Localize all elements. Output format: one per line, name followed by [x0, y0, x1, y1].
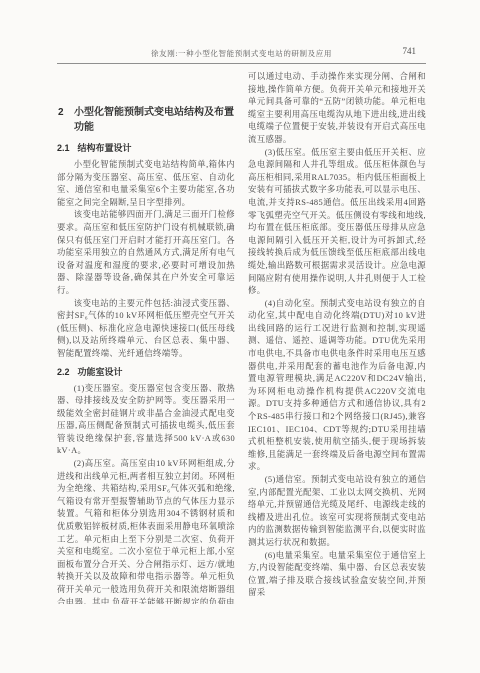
running-title: 徐友刚:一种小型化智能预制式变电站的研制及应用 — [57, 48, 426, 59]
subsection-title: 结构布置设计 — [78, 143, 132, 153]
header-rule — [57, 63, 426, 64]
body-paragraph: 小型化智能预制式变电站结构简单,箱体内部分隔为变压器室、高压室、低压室、自动化室… — [57, 159, 235, 209]
left-column: 2 小型化智能预制式变电站结构及布置功能 2.1结构布置设计 小型化智能预制式变… — [57, 71, 235, 604]
paper-page: 徐友刚:一种小型化智能预制式变电站的研制及应用 741 2 小型化智能预制式变电… — [0, 0, 480, 673]
body-paragraph: (2)高压室。高压室由10 kV环网柜组成,分进线和出线单元柜,两者相互独立封闭… — [57, 458, 235, 604]
page-number: 741 — [403, 46, 417, 56]
body-paragraph: (5)通信室。预制式变电站设有独立的通信室,内部配置光配架、工业以太网交换机、光… — [248, 474, 426, 550]
subsection-title: 功能室设计 — [78, 367, 123, 377]
text-columns: 2 小型化智能预制式变电站结构及布置功能 2.1结构布置设计 小型化智能预制式变… — [57, 71, 426, 604]
body-paragraph-continued: 可以通过电动、手动操作来实现分闸、合闸和接地,操作简单方便。负荷开关单元和接地开… — [248, 71, 426, 147]
body-paragraph: (6)电量采集室。电量采集室位于通信室上方,内设智能配变终端、集中器、台区总表安… — [248, 550, 426, 600]
subsection-heading-function-rooms: 2.2功能室设计 — [57, 366, 235, 379]
section-title: 小型化智能预制式变电站结构及布置功能 — [74, 107, 234, 133]
body-paragraph: 该变电站的主要元件包括:油浸式变压器、密封SF₆气体的10 kV环网柜低压塑壳空… — [57, 298, 235, 361]
body-paragraph: (3)低压室。低压室主要由低压开关柜、应急电源间隔和人井孔等组成。低压柜体颜色与… — [248, 147, 426, 298]
body-paragraph: (1)变压器室。变压器室包含变压器、散热器、母排接线及安全防护网等。变压器采用一… — [57, 383, 235, 459]
subsection-number: 2.1 — [57, 143, 70, 153]
subsection-number: 2.2 — [57, 367, 70, 377]
section-number: 2 — [58, 105, 64, 120]
body-paragraph: (4)自动化室。预制式变电站设有独立的自动化室,其中配电自动化终端(DTU)对1… — [248, 298, 426, 474]
subsection-heading-structure-layout: 2.1结构布置设计 — [57, 142, 235, 155]
section-heading: 2 小型化智能预制式变电站结构及布置功能 — [57, 105, 235, 135]
body-paragraph: 该变电站能够四面开门,满足三面开门检修要求。高压室和低压室防护门设有机械联锁,确… — [57, 209, 235, 297]
right-column: 可以通过电动、手动操作来实现分闸、合闸和接地,操作简单方便。负荷开关单元和接地开… — [248, 71, 426, 604]
